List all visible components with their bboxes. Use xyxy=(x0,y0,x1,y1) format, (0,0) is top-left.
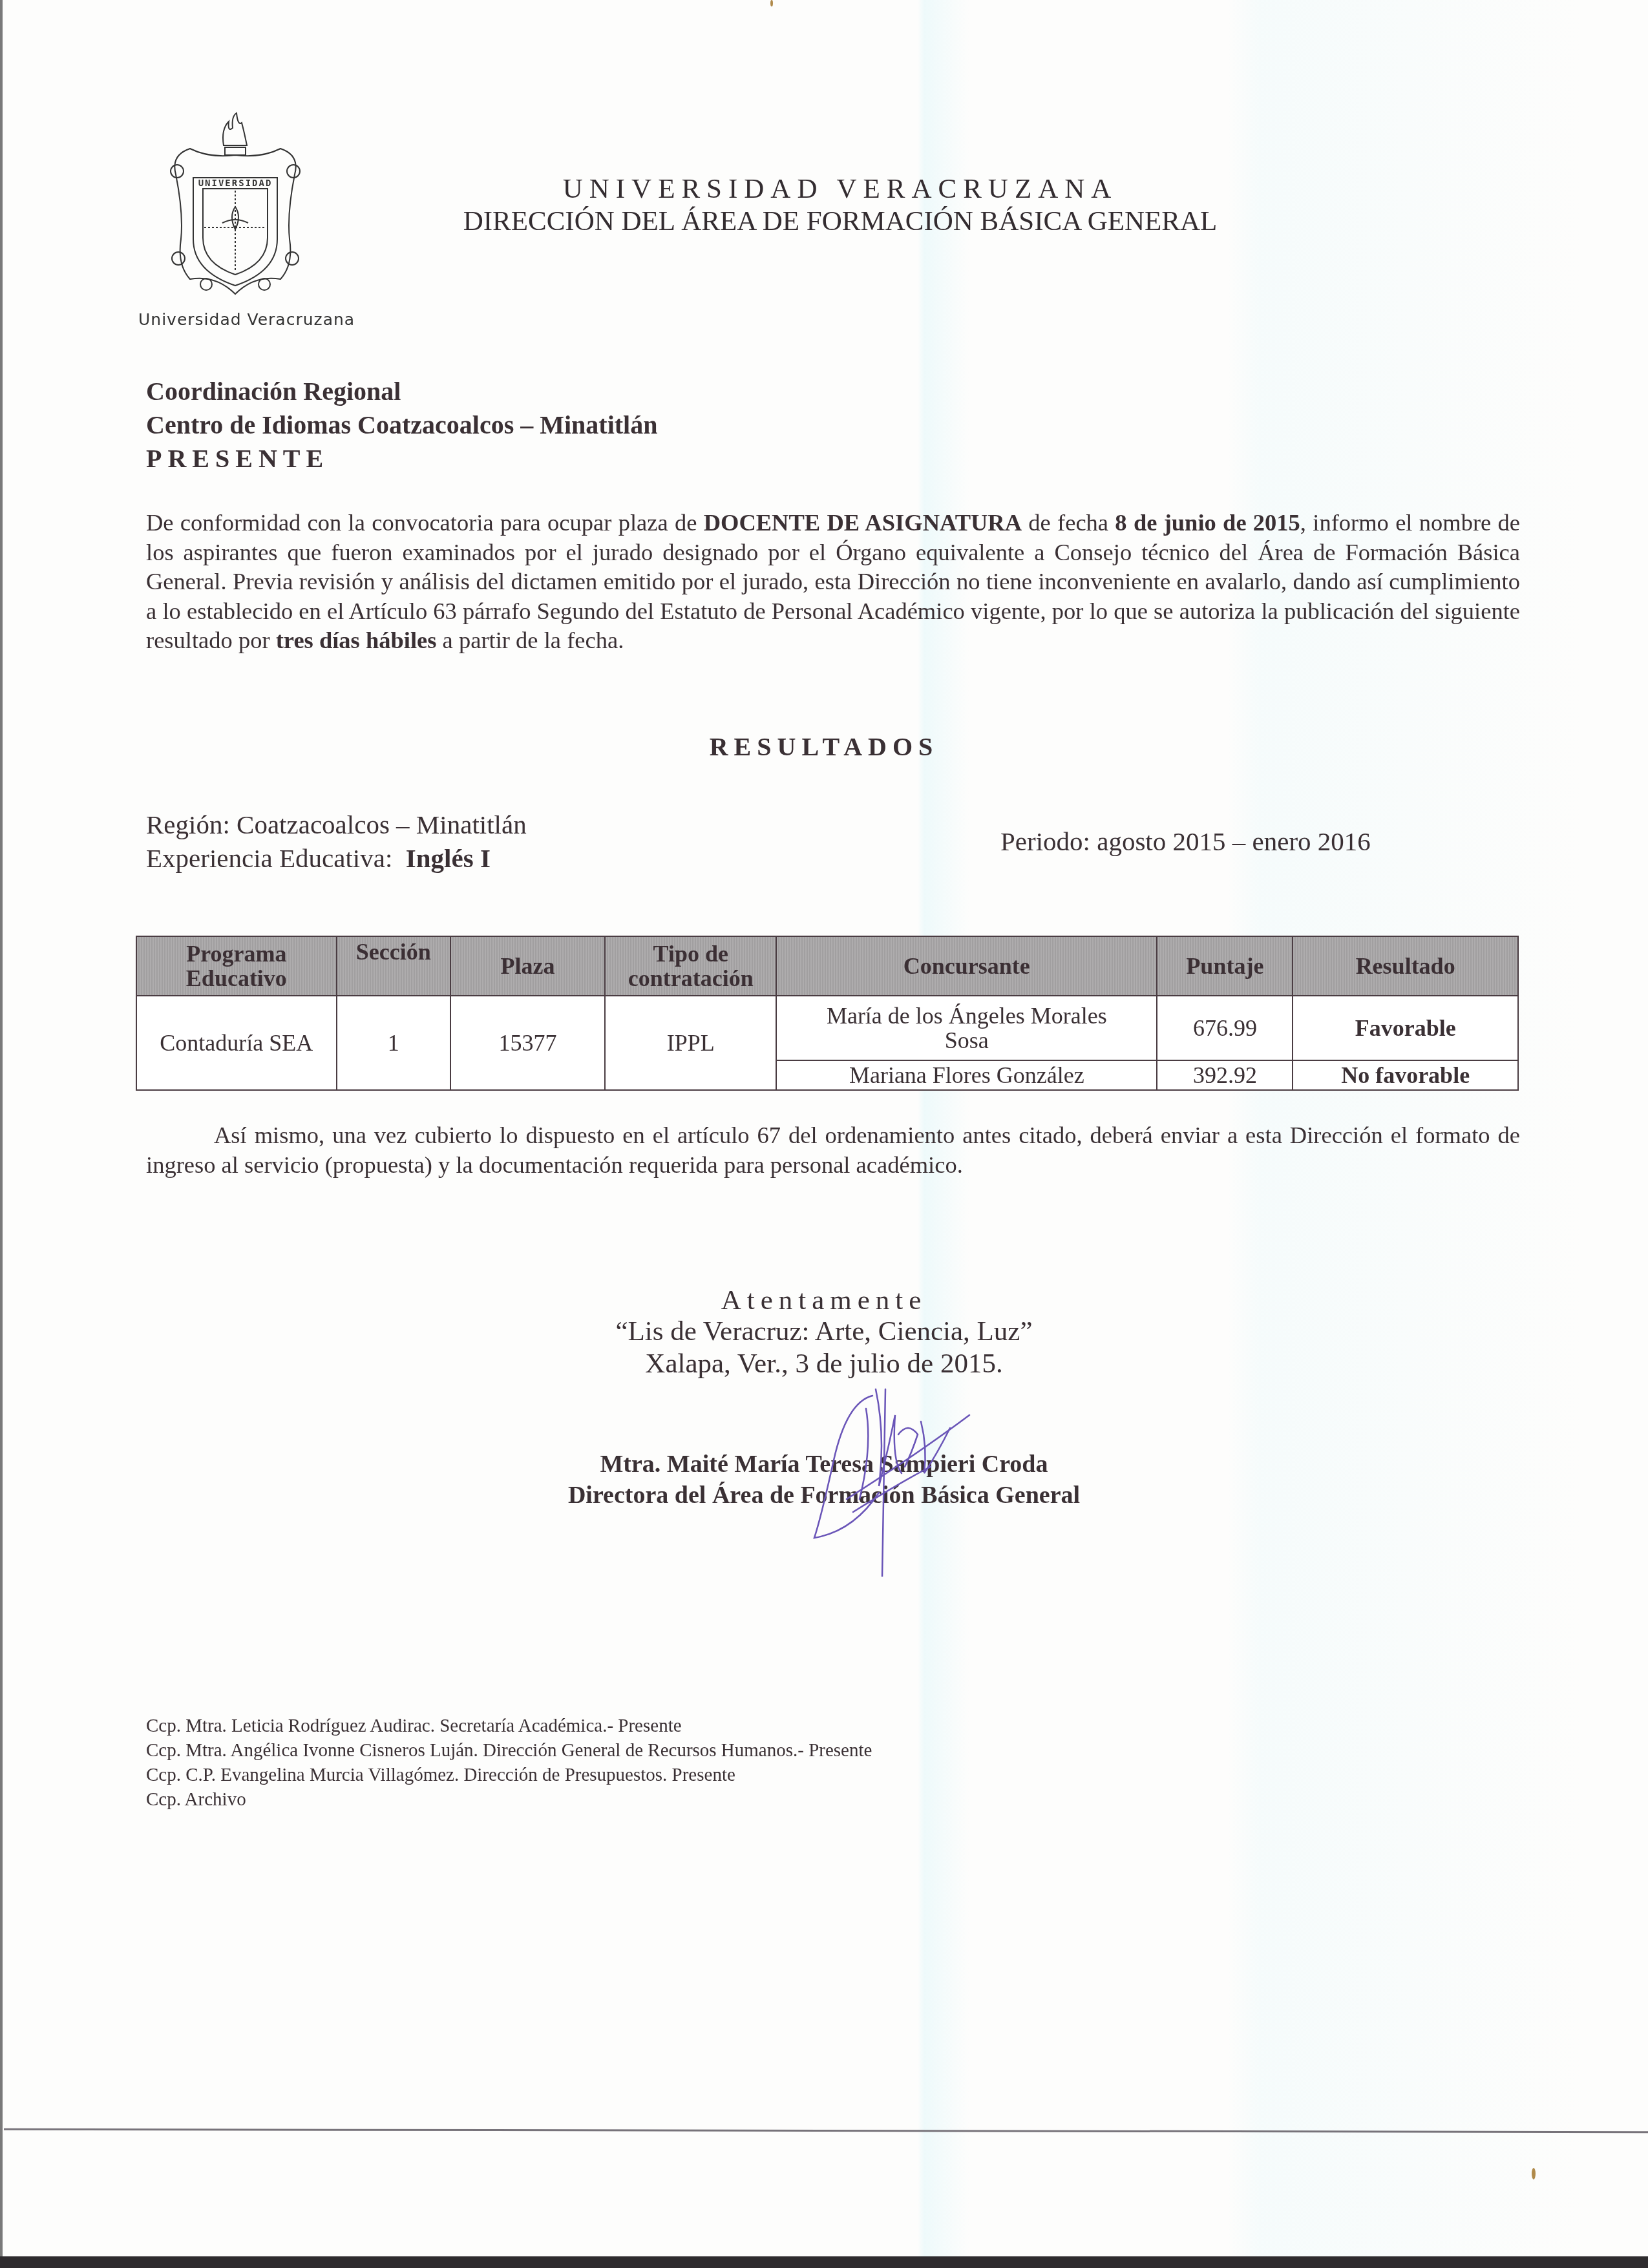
cell-resultado: No favorable xyxy=(1293,1060,1518,1090)
cell-concursante: Mariana Flores González xyxy=(776,1060,1157,1090)
scan-left-edge xyxy=(0,0,3,2268)
table-row: Contaduría SEA 1 15377 IPPL María de los… xyxy=(136,996,1518,1060)
experience-line: Experiencia Educativa: Inglés I xyxy=(146,841,527,875)
ccp-line: Ccp. C.P. Evangelina Murcia Villagómez. … xyxy=(146,1763,872,1787)
body-paragraph-2: Así mismo, una vez cubierto lo dispuesto… xyxy=(146,1120,1520,1180)
closing-motto: “Lis de Veracruz: Arte, Ciencia, Luz” xyxy=(0,1316,1648,1347)
ccp-line: Ccp. Mtra. Angélica Ivonne Cisneros Lujá… xyxy=(146,1738,872,1763)
body-text: de fecha xyxy=(1022,509,1115,536)
col-header-tipo: Tipo de contratación xyxy=(605,936,776,996)
cell-seccion: 1 xyxy=(337,996,450,1090)
publication-period: tres días hábiles xyxy=(276,627,437,653)
handwritten-signature xyxy=(776,1370,1047,1577)
period-label: Periodo: agosto 2015 – enero 2016 xyxy=(1000,826,1371,857)
ccp-line: Ccp. Archivo xyxy=(146,1787,872,1812)
logo-caption: Universidad Veracruzana xyxy=(138,310,355,329)
addressee-line-1: Coordinación Regional xyxy=(146,376,401,406)
scan-speck xyxy=(770,0,773,6)
experience-value: Inglés I xyxy=(406,843,491,873)
results-heading: RESULTADOS xyxy=(0,731,1648,762)
position-type: DOCENTE DE ASIGNATURA xyxy=(704,509,1022,536)
cell-programa: Contaduría SEA xyxy=(136,996,337,1090)
scan-bottom-edge xyxy=(0,2256,1648,2268)
carbon-copy-list: Ccp. Mtra. Leticia Rodríguez Audirac. Se… xyxy=(146,1714,872,1812)
col-header-resultado: Resultado xyxy=(1293,936,1518,996)
university-title: UNIVERSIDAD VERACRUZANA xyxy=(388,173,1293,205)
table-header-row: Programa Educativo Sección Plaza Tipo de… xyxy=(136,936,1518,996)
region-experience-block: Región: Coatzacoalcos – Minatitlán Exper… xyxy=(146,808,527,875)
cell-concursante: María de los Ángeles Morales Sosa xyxy=(776,996,1157,1060)
cell-puntaje: 676.99 xyxy=(1157,996,1293,1060)
body-text: a partir de la fecha. xyxy=(436,627,624,653)
page-fold-line xyxy=(4,2128,1648,2133)
results-table: Programa Educativo Sección Plaza Tipo de… xyxy=(136,936,1519,1091)
closing-atentamente: Atentamente xyxy=(0,1285,1648,1316)
cell-tipo: IPPL xyxy=(605,996,776,1090)
scan-speck xyxy=(1532,2168,1536,2179)
body-text: De conformidad con la convocatoria para … xyxy=(146,509,704,536)
col-header-seccion: Sección xyxy=(337,936,450,996)
addressee-line-2: Centro de Idiomas Coatzacoalcos – Minati… xyxy=(146,410,657,440)
col-header-concursante: Concursante xyxy=(776,936,1157,996)
ccp-line: Ccp. Mtra. Leticia Rodríguez Audirac. Se… xyxy=(146,1714,872,1738)
body-paragraph-1: De conformidad con la convocatoria para … xyxy=(146,508,1520,655)
col-header-plaza: Plaza xyxy=(450,936,606,996)
svg-text:UNIVERSIDAD: UNIVERSIDAD xyxy=(198,178,273,189)
cell-plaza: 15377 xyxy=(450,996,606,1090)
call-date: 8 de junio de 2015 xyxy=(1115,509,1300,536)
direction-title: DIRECCIÓN DEL ÁREA DE FORMACIÓN BÁSICA G… xyxy=(388,205,1293,237)
university-crest-logo: UNIVERSIDAD xyxy=(164,110,306,304)
col-header-programa: Programa Educativo xyxy=(136,936,337,996)
region-label: Región: Coatzacoalcos – Minatitlán xyxy=(146,808,527,841)
cell-puntaje: 392.92 xyxy=(1157,1060,1293,1090)
addressee-presente: PRESENTE xyxy=(146,443,329,474)
cell-resultado: Favorable xyxy=(1293,996,1518,1060)
col-header-puntaje: Puntaje xyxy=(1157,936,1293,996)
experience-label: Experiencia Educativa: xyxy=(146,843,392,873)
